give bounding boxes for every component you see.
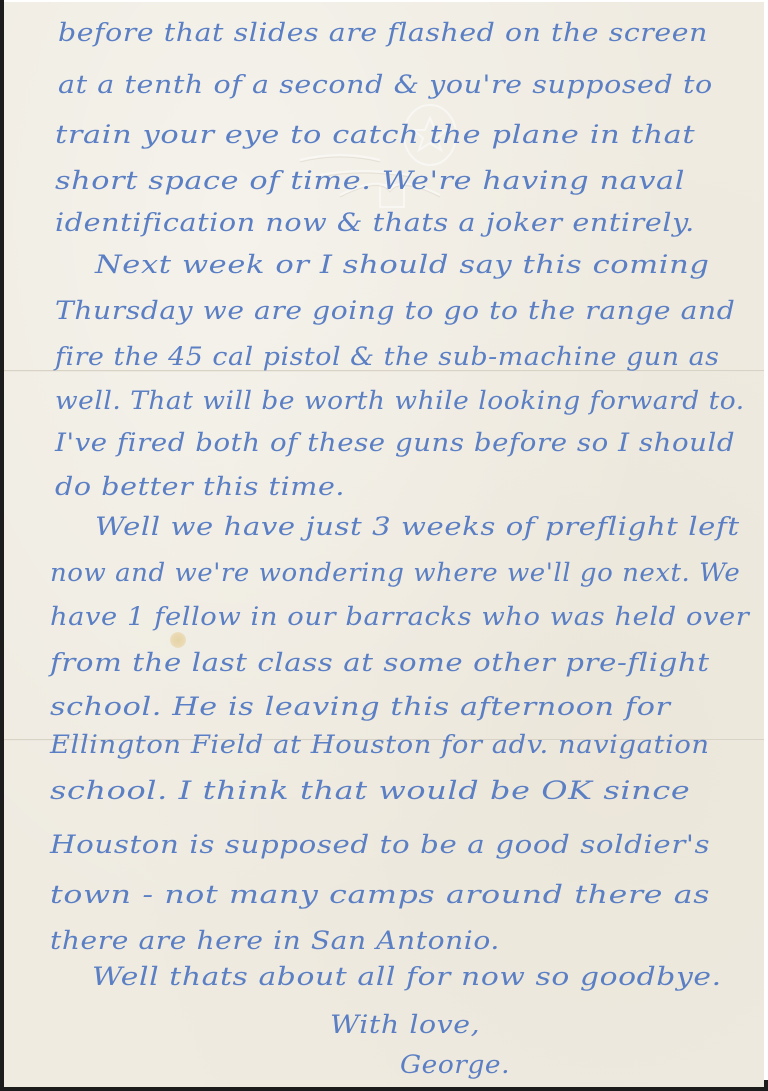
water-stain: [170, 632, 186, 648]
letter-line: identification now & thats a joker entir…: [55, 208, 695, 237]
scan-edge-corner: [764, 1080, 768, 1091]
letter-line: Next week or I should say this coming: [95, 250, 710, 279]
letter-line: Thursday we are going to go to the range…: [55, 296, 735, 325]
letter-line: school. He is leaving this afternoon for: [50, 692, 671, 721]
letter-line: I've fired both of these guns before so …: [55, 428, 735, 457]
letter-line: Houston is supposed to be a good soldier…: [50, 830, 710, 859]
letter-line: train your eye to catch the plane in tha…: [55, 120, 695, 149]
letter-line: well. That will be worth while looking f…: [55, 386, 745, 415]
letter-line: Well we have just 3 weeks of preflight l…: [95, 512, 740, 541]
letter-line: at a tenth of a second & you're supposed…: [58, 70, 713, 99]
letter-line: short space of time. We're having naval: [55, 166, 685, 195]
letter-line: have 1 fellow in our barracks who was he…: [50, 602, 749, 631]
letter-line: now and we're wondering where we'll go n…: [50, 558, 740, 587]
letter-line: town - not many camps around there as: [50, 880, 710, 909]
letter-line: school. I think that would be OK since: [50, 776, 690, 805]
letter-line: from the last class at some other pre-fl…: [50, 648, 710, 677]
scan-edge-bottom: [0, 1087, 768, 1091]
embossed-wings-emblem-icon: [280, 100, 500, 220]
letter-line: fire the 45 cal pistol & the sub-machine…: [55, 342, 720, 371]
valediction: With love,: [330, 1010, 480, 1039]
letter-line: do better this time.: [55, 472, 345, 501]
closing-line: Well thats about all for now so goodbye.: [92, 962, 722, 991]
letter-line: Ellington Field at Houston for adv. navi…: [50, 730, 710, 759]
letter-line: before that slides are flashed on the sc…: [58, 18, 708, 47]
letter-line: there are here in San Antonio.: [50, 926, 500, 955]
signature: George.: [400, 1050, 510, 1079]
